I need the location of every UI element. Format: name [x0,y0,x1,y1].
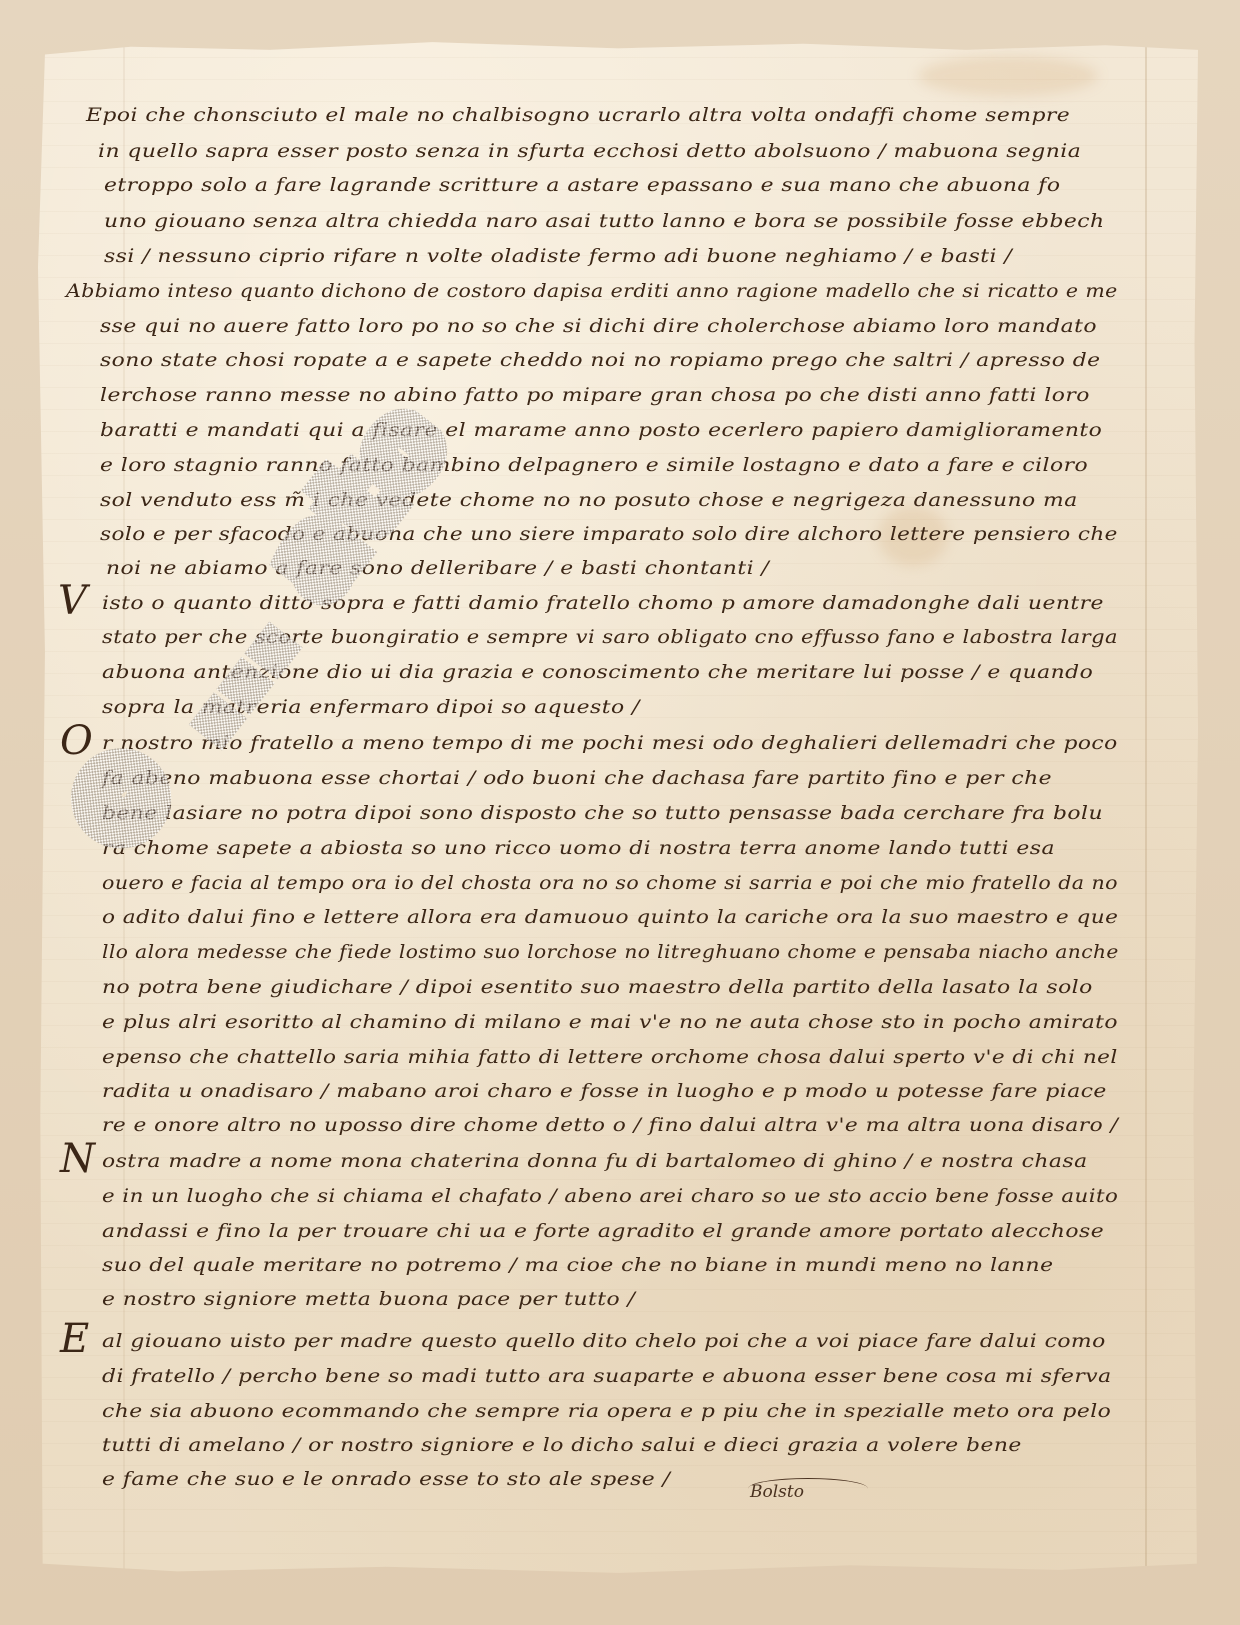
manuscript-line: llo alora medesse che fiede lostimo suo … [102,941,1119,963]
initial-letter: V [58,578,87,624]
manuscript-line: radita u onadisaro / mabano aroi charo e… [102,1080,1107,1102]
manuscript-line: e loro stagnio ranno fatto bambino delpa… [100,454,1088,476]
manuscript-line: sopra la matreria enfermaro dipoi so aqu… [102,696,640,718]
manuscript-line: tutti di amelano / or nostro signiore e … [102,1434,1022,1456]
manuscript-sheet: Epoi che chonsciuto el male no chalbisog… [38,36,1198,1576]
manuscript-line: abuona antenzione dio ui dia grazia e co… [102,661,1093,683]
manuscript-line: isto o quanto ditto sopra e fatti damio … [102,592,1104,614]
manuscript-line: r nostro mio fratello a meno tempo di me… [102,732,1118,754]
manuscript-line: baratti e mandati qui a fisare el marame… [100,419,1102,441]
manuscript-line: e in un luogho che si chiama el chafato … [102,1185,1118,1207]
manuscript-line: Abbiamo inteso quanto dichono de costoro… [66,280,1118,302]
manuscript-line: e fame che suo e le onrado esse to sto a… [102,1468,670,1490]
manuscript-line: al giouano uisto per madre questo quello… [102,1330,1106,1352]
manuscript-line: bene lasiare no potra dipoi sono dispost… [102,802,1103,824]
manuscript-line: suo del quale meritare no potremo / ma c… [102,1254,1053,1276]
manuscript-line: sse qui no auere fatto loro po no so che… [100,315,1097,337]
initial-letter: O [60,718,93,764]
manuscript-line: solo e per sfacodo e abuona che uno sier… [100,523,1118,545]
manuscript-line: re e onore altro no uposso dire chome de… [102,1114,1118,1136]
manuscript-line: stato per che scorte buongiratio e sempr… [102,626,1118,648]
manuscript-line: o adito dalui fino e lettere allora era … [102,906,1118,928]
manuscript-line: ostra madre a nome mona chaterina donna … [102,1150,1088,1172]
signature: Bolsto [750,1482,804,1502]
initial-letter: N [60,1136,95,1182]
manuscript-line: sono state chosi ropate a e sapete chedd… [100,349,1101,371]
manuscript-line: ra chome sapete a abiosta so uno ricco u… [102,837,1055,859]
manuscript-line: sol venduto ess m̃ i che vedete chome no… [100,489,1078,511]
manuscript-line: e nostro signiore metta buona pace per t… [102,1288,635,1310]
manuscript-line: Epoi che chonsciuto el male no chalbisog… [86,104,1070,126]
manuscript-line: ouero e facia al tempo ora io del chosta… [102,872,1118,894]
letter-body: Epoi che chonsciuto el male no chalbisog… [38,36,1198,1576]
manuscript-line: noi ne abiamo a fare sono delleribare / … [106,557,769,579]
manuscript-line: fa abeno mabuona esse chortai / odo buon… [102,767,1052,789]
initial-letter: E [60,1316,89,1362]
manuscript-line: di fratello / percho bene so madi tutto … [102,1365,1112,1387]
manuscript-line: etroppo solo a fare lagrande scritture a… [104,174,1060,196]
manuscript-line: ssi / nessuno ciprio rifare n volte olad… [104,245,1012,267]
manuscript-line: lerchose ranno messe no abino fatto po m… [100,384,1090,406]
manuscript-line: no potra bene giudichare / dipoi esentit… [102,976,1093,998]
manuscript-line: epenso che chattello saria mihia fatto d… [102,1046,1118,1068]
manuscript-line: andassi e fino la per trouare chi ua e f… [102,1220,1104,1242]
manuscript-line: che sia abuono ecommando che sempre ria … [102,1400,1111,1422]
manuscript-line: e plus alri esoritto al chamino di milan… [102,1011,1118,1033]
manuscript-line: uno giouano senza altra chiedda naro asa… [104,210,1105,232]
manuscript-line: in quello sapra esser posto senza in sfu… [98,140,1081,162]
